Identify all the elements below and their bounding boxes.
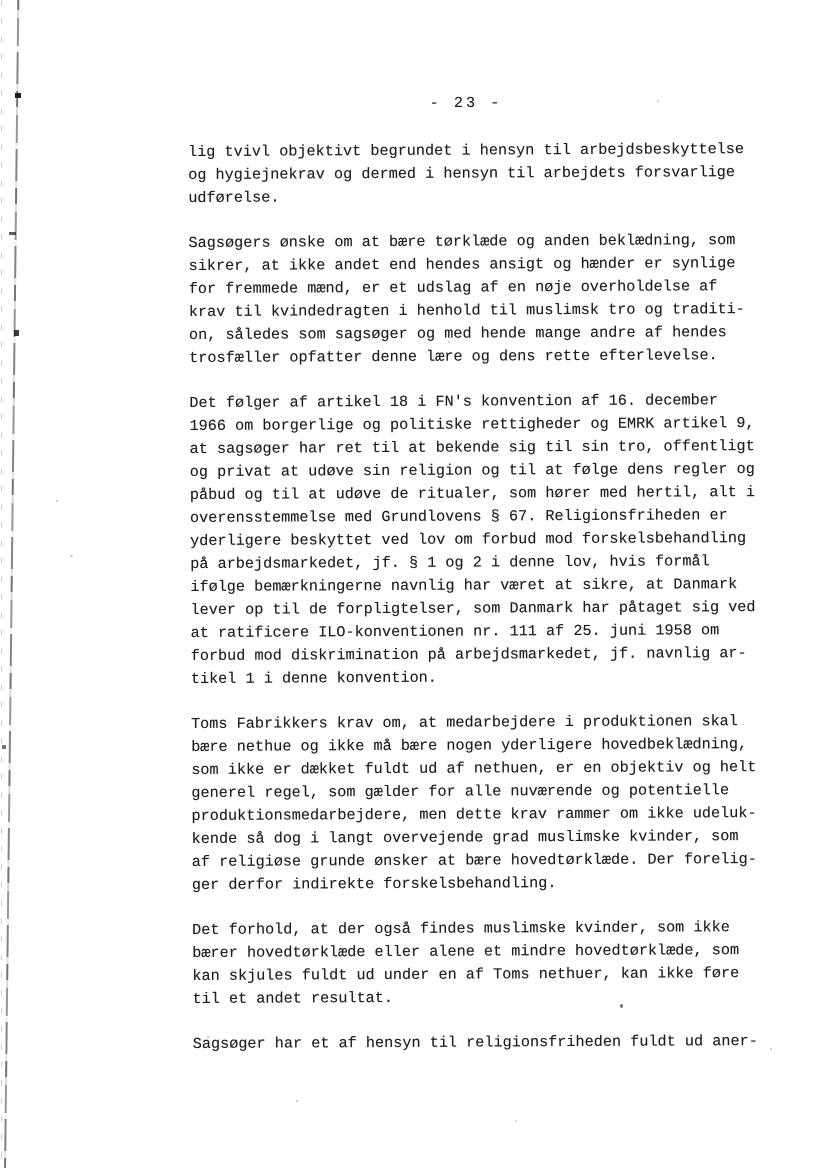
scan-edge-artifact — [4, 0, 19, 1168]
scan-blob — [15, 93, 21, 98]
scan-blob — [2, 745, 6, 749]
scan-edge-faint-artifact — [1, 0, 2, 1168]
scan-speck — [770, 1048, 772, 1050]
paragraph-6: Sagsøger har et af hensyn til religionsf… — [193, 1030, 763, 1056]
scan-blob — [14, 330, 19, 336]
scan-speck — [515, 1120, 517, 1122]
paragraph-4: Toms Fabrikkers krav om, at medarbejdere… — [191, 710, 762, 897]
scan-speck — [70, 555, 73, 557]
document-body: lig tvivl objektivt begrundet i hensyn t… — [188, 138, 763, 1078]
paragraph-1: lig tvivl objektivt begrundet i hensyn t… — [188, 138, 758, 210]
scan-blob — [9, 232, 16, 235]
paragraph-3: Det følger af artikel 18 i FN's konventi… — [189, 389, 761, 691]
paragraph-5: Det forhold, at der også findes muslimsk… — [192, 916, 762, 1011]
page-number: - 23 - — [188, 93, 744, 113]
scan-speck — [296, 1100, 298, 1102]
scanned-document-page: - 23 - lig tvivl objektivt begrundet i h… — [0, 0, 825, 1168]
scan-speck — [56, 500, 58, 502]
paragraph-2: Sagsøgers ønske om at bære tørklæde og a… — [188, 229, 759, 370]
